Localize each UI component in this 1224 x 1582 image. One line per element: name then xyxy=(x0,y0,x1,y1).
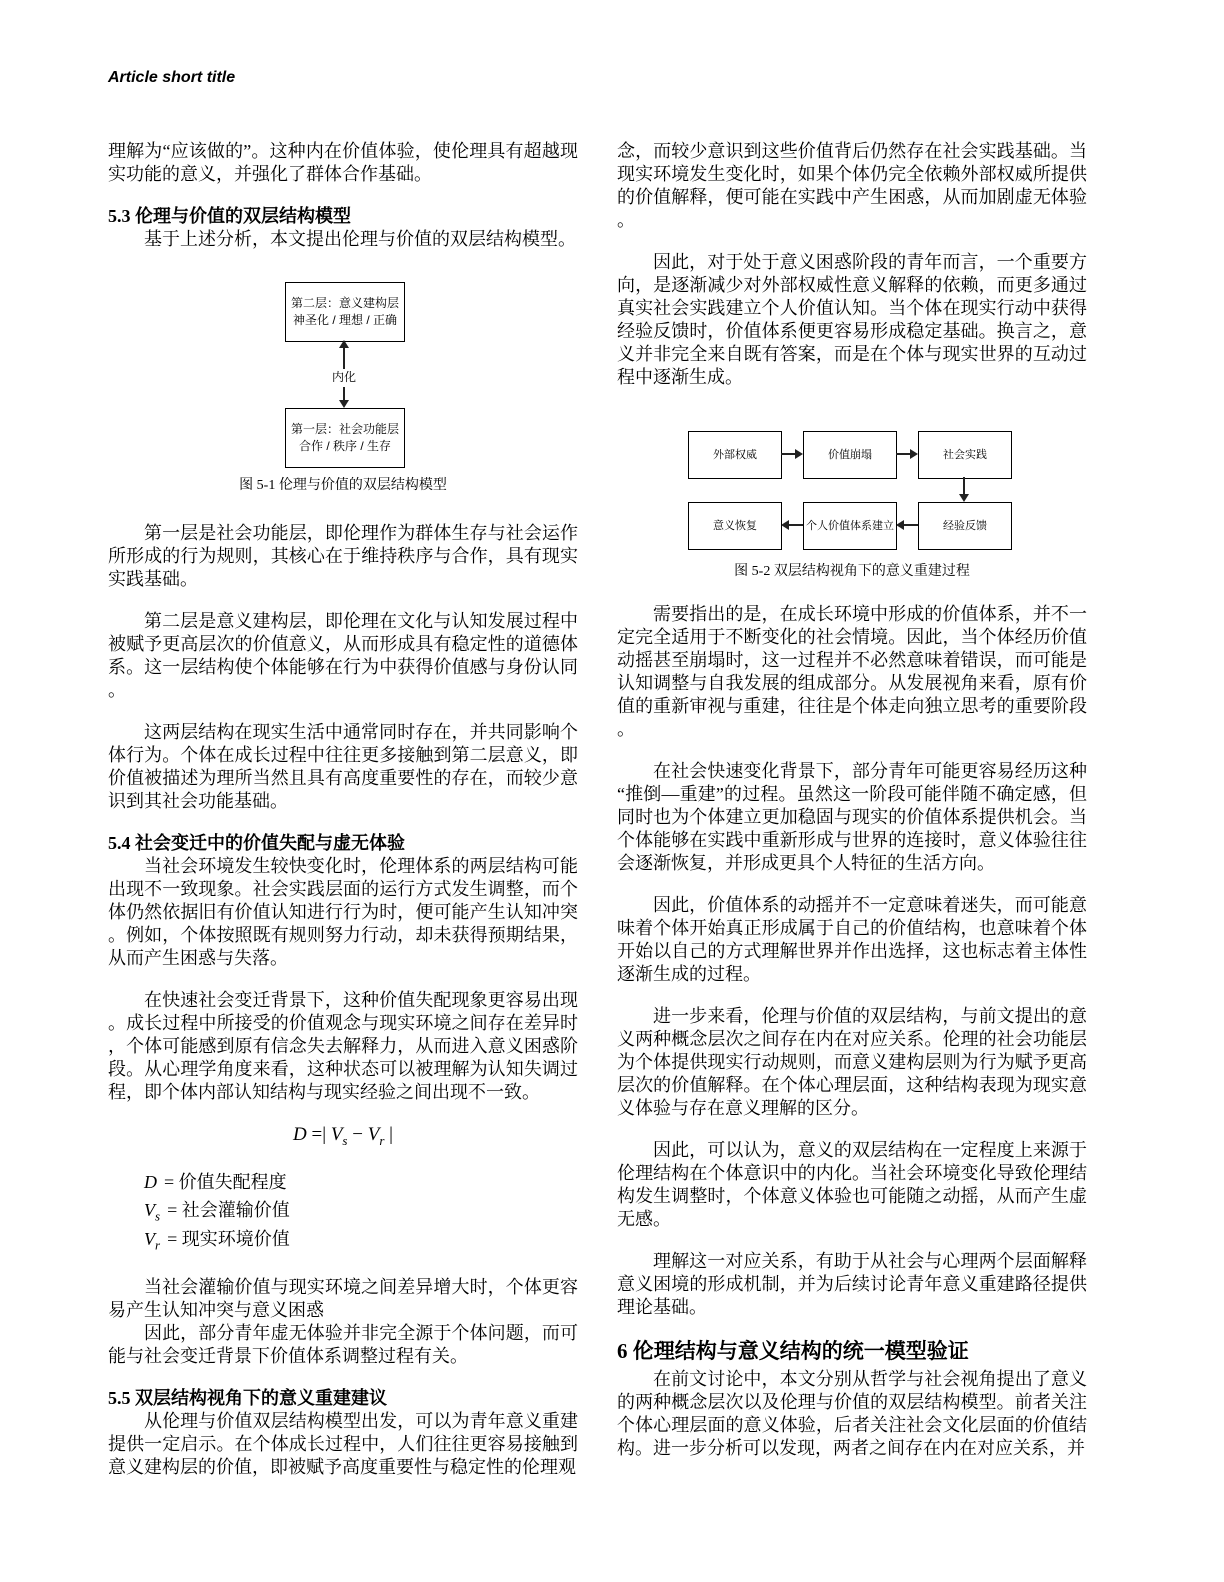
paragraph-continuation: 理解为“应该做的”。这种内在价值体验，使伦理具有超越现实功能的意义，并强化了群体… xyxy=(108,140,578,186)
section-heading-5-4: 5.4 社会变迁中的价值失配与虚无体验 xyxy=(108,832,578,855)
formula-vr: V xyxy=(368,1124,380,1145)
paragraph-mismatch-1: 当社会环境发生较快变化时，伦理体系的两层结构可能出现不一致现象。社会实践层面的运… xyxy=(108,855,578,970)
arrow-right-icon xyxy=(910,449,918,459)
paragraph-continuation-right: 念，而较少意识到这些价值背后仍然存在社会实践基础。当现实环境发生变化时，如果个体… xyxy=(617,140,1087,232)
paragraph-section6-intro: 在前文讨论中，本文分别从哲学与社会视角提出了意义的两种概念层次以及伦理与价值的双… xyxy=(617,1368,1087,1460)
formula-value-mismatch: D =| Vs − Vr | xyxy=(108,1123,578,1153)
figure-box-meaning-layer-line1: 第二层：意义建构层 xyxy=(291,295,399,312)
section-heading-6: 6 伦理结构与意义结构的统一模型验证 xyxy=(617,1338,1087,1365)
paragraph-layer1: 第一层是社会功能层，即伦理作为群体生存与社会运作所形成的行为规则，其核心在于维持… xyxy=(108,522,578,591)
running-head: Article short title xyxy=(108,69,235,87)
variable-definitions: D= 价值失配程度 Vs= 社会灌输价值 Vr= 现实环境价值 xyxy=(144,1171,578,1257)
paragraph-further: 进一步来看，伦理与价值的双层结构，与前文提出的意义两种概念层次之间存在内在对应关… xyxy=(617,1005,1087,1120)
definition-vr-sub: r xyxy=(155,1238,160,1253)
figure-box-meaning-recovery: 意义恢复 xyxy=(688,502,782,550)
formula-vs: V xyxy=(331,1124,343,1145)
figure-box-value-collapse: 价值崩塌 xyxy=(803,431,897,479)
formula-vs-sub: s xyxy=(342,1133,347,1148)
figure-5-1: 第二层：意义建构层 神圣化 / 理想 / 正确 内化 第一层：社会功能层 合作 … xyxy=(108,270,578,502)
figure-5-2: 外部权威 价值崩塌 社会实践 经验反馈 个人价值体系建立 意义恢复 图 5-2 … xyxy=(617,408,1087,583)
paragraph-therefore: 因此，部分青年虚无体验并非完全源于个体问题，而可能与社会变迁背景下价值体系调整过… xyxy=(108,1322,578,1368)
arrow-left-icon xyxy=(896,520,904,530)
left-column: 理解为“应该做的”。这种内在价值体验，使伦理具有超越现实功能的意义，并强化了群体… xyxy=(108,140,578,1498)
figure-5-1-caption: 图 5-1 伦理与价值的双层结构模型 xyxy=(108,477,578,495)
paragraph-note: 需要指出的是，在成长环境中形成的价值体系，并不一定完全适用于不断变化的社会情境。… xyxy=(617,603,1087,741)
figure-box-label: 经验反馈 xyxy=(943,519,987,533)
arrow-line xyxy=(963,477,965,495)
definition-d: D= 价值失配程度 xyxy=(144,1171,578,1200)
figure-box-social-practice: 社会实践 xyxy=(918,431,1012,479)
figure-box-social-layer-line2: 合作 / 秩序 / 生存 xyxy=(299,438,391,455)
formula-minus: − xyxy=(352,1124,363,1145)
figure-box-experience-feedback: 经验反馈 xyxy=(918,502,1012,550)
paragraph-mismatch-2: 在快速社会变迁背景下，这种价值失配现象更容易出现。成长过程中所接受的价值观念与现… xyxy=(108,989,578,1104)
definition-d-text: = 价值失配程度 xyxy=(164,1172,287,1192)
paragraph-model-intro: 基于上述分析，本文提出伦理与价值的双层结构模型。 xyxy=(108,228,578,251)
arrow-down-icon xyxy=(339,400,349,408)
arrow-line xyxy=(904,524,918,526)
formula-relation: =| xyxy=(312,1124,327,1145)
arrow-right-icon xyxy=(795,449,803,459)
figure-box-label: 价值崩塌 xyxy=(828,448,872,462)
figure-box-label: 社会实践 xyxy=(943,448,987,462)
definition-vs-text: = 社会灌输价值 xyxy=(167,1200,290,1220)
article-page: Article short title 理解为“应该做的”。这种内在价值体验，使… xyxy=(0,0,1224,1582)
figure-box-personal-value-system: 个人价值体系建立 xyxy=(803,502,897,550)
paragraph-rebuild-process: 在社会快速变化背景下，部分青年可能更容易经历这种“推倒—重建”的过程。虽然这一阶… xyxy=(617,760,1087,875)
definition-vr: Vr= 现实环境价值 xyxy=(144,1228,578,1257)
paragraph-rebuild-advice: 从伦理与价值双层结构模型出发，可以为青年意义重建提供一定启示。在个体成长过程中，… xyxy=(108,1410,578,1479)
paragraph-subjectivity: 因此，价值体系的动摇并不一定意味着迷失，而可能意味着个体开始真正形成属于自己的价… xyxy=(617,894,1087,986)
internalization-arrow-label: 内化 xyxy=(320,369,368,386)
section-heading-5-3: 5.3 伦理与价值的双层结构模型 xyxy=(108,205,578,228)
paragraph-both-layers: 这两层结构在现实生活中通常同时存在，并共同影响个体行为。个体在成长过程中往往更多… xyxy=(108,721,578,813)
arrow-line xyxy=(343,347,345,369)
paragraph-internalization: 因此，可以认为，意义的双层结构在一定程度上来源于伦理结构在个体意识中的内化。当社… xyxy=(617,1139,1087,1231)
right-column: 念，而较少意识到这些价值背后仍然存在社会实践基础。当现实环境发生变化时，如果个体… xyxy=(617,140,1087,1479)
figure-box-label: 意义恢复 xyxy=(713,519,757,533)
arrow-line xyxy=(781,453,795,455)
arrow-left-icon xyxy=(781,520,789,530)
formula-vr-sub: r xyxy=(379,1133,384,1148)
definition-vs: Vs= 社会灌输价值 xyxy=(144,1199,578,1228)
paragraph-direction: 因此，对于处于意义困惑阶段的青年而言，一个重要方向，是逐渐减少对外部权威性意义解… xyxy=(617,251,1087,389)
figure-box-meaning-layer: 第二层：意义建构层 神圣化 / 理想 / 正确 xyxy=(285,282,405,342)
formula-d: D xyxy=(293,1124,307,1145)
paragraph-layer2: 第二层是意义建构层，即伦理在文化与认知发展过程中被赋予更高层次的价值意义，从而形… xyxy=(108,610,578,702)
arrow-line xyxy=(789,524,803,526)
section-heading-5-5: 5.5 双层结构视角下的意义重建建议 xyxy=(108,1387,578,1410)
definition-vr-text: = 现实环境价值 xyxy=(167,1229,290,1249)
definition-vs-sub: s xyxy=(155,1209,160,1224)
definition-vs-symbol: V xyxy=(144,1200,155,1220)
figure-box-label: 个人价值体系建立 xyxy=(806,519,894,533)
arrow-line xyxy=(896,453,910,455)
arrow-down-icon xyxy=(959,494,969,502)
paragraph-difference: 当社会灌输价值与现实环境之间差异增大时，个体更容易产生认知冲突与意义困惑 xyxy=(108,1276,578,1322)
formula-bar: | xyxy=(389,1124,393,1145)
figure-box-social-layer-line1: 第一层：社会功能层 xyxy=(291,421,399,438)
figure-box-label: 外部权威 xyxy=(713,448,757,462)
figure-box-meaning-layer-line2: 神圣化 / 理想 / 正确 xyxy=(293,312,397,329)
figure-box-external-authority: 外部权威 xyxy=(688,431,782,479)
figure-5-2-caption: 图 5-2 双层结构视角下的意义重建过程 xyxy=(617,563,1087,581)
definition-d-symbol: D xyxy=(144,1172,157,1192)
paragraph-understanding: 理解这一对应关系，有助于从社会与心理两个层面解释意义困境的形成机制，并为后续讨论… xyxy=(617,1250,1087,1319)
arrow-line xyxy=(343,387,345,401)
figure-box-social-layer: 第一层：社会功能层 合作 / 秩序 / 生存 xyxy=(285,408,405,468)
definition-vr-symbol: V xyxy=(144,1229,155,1249)
